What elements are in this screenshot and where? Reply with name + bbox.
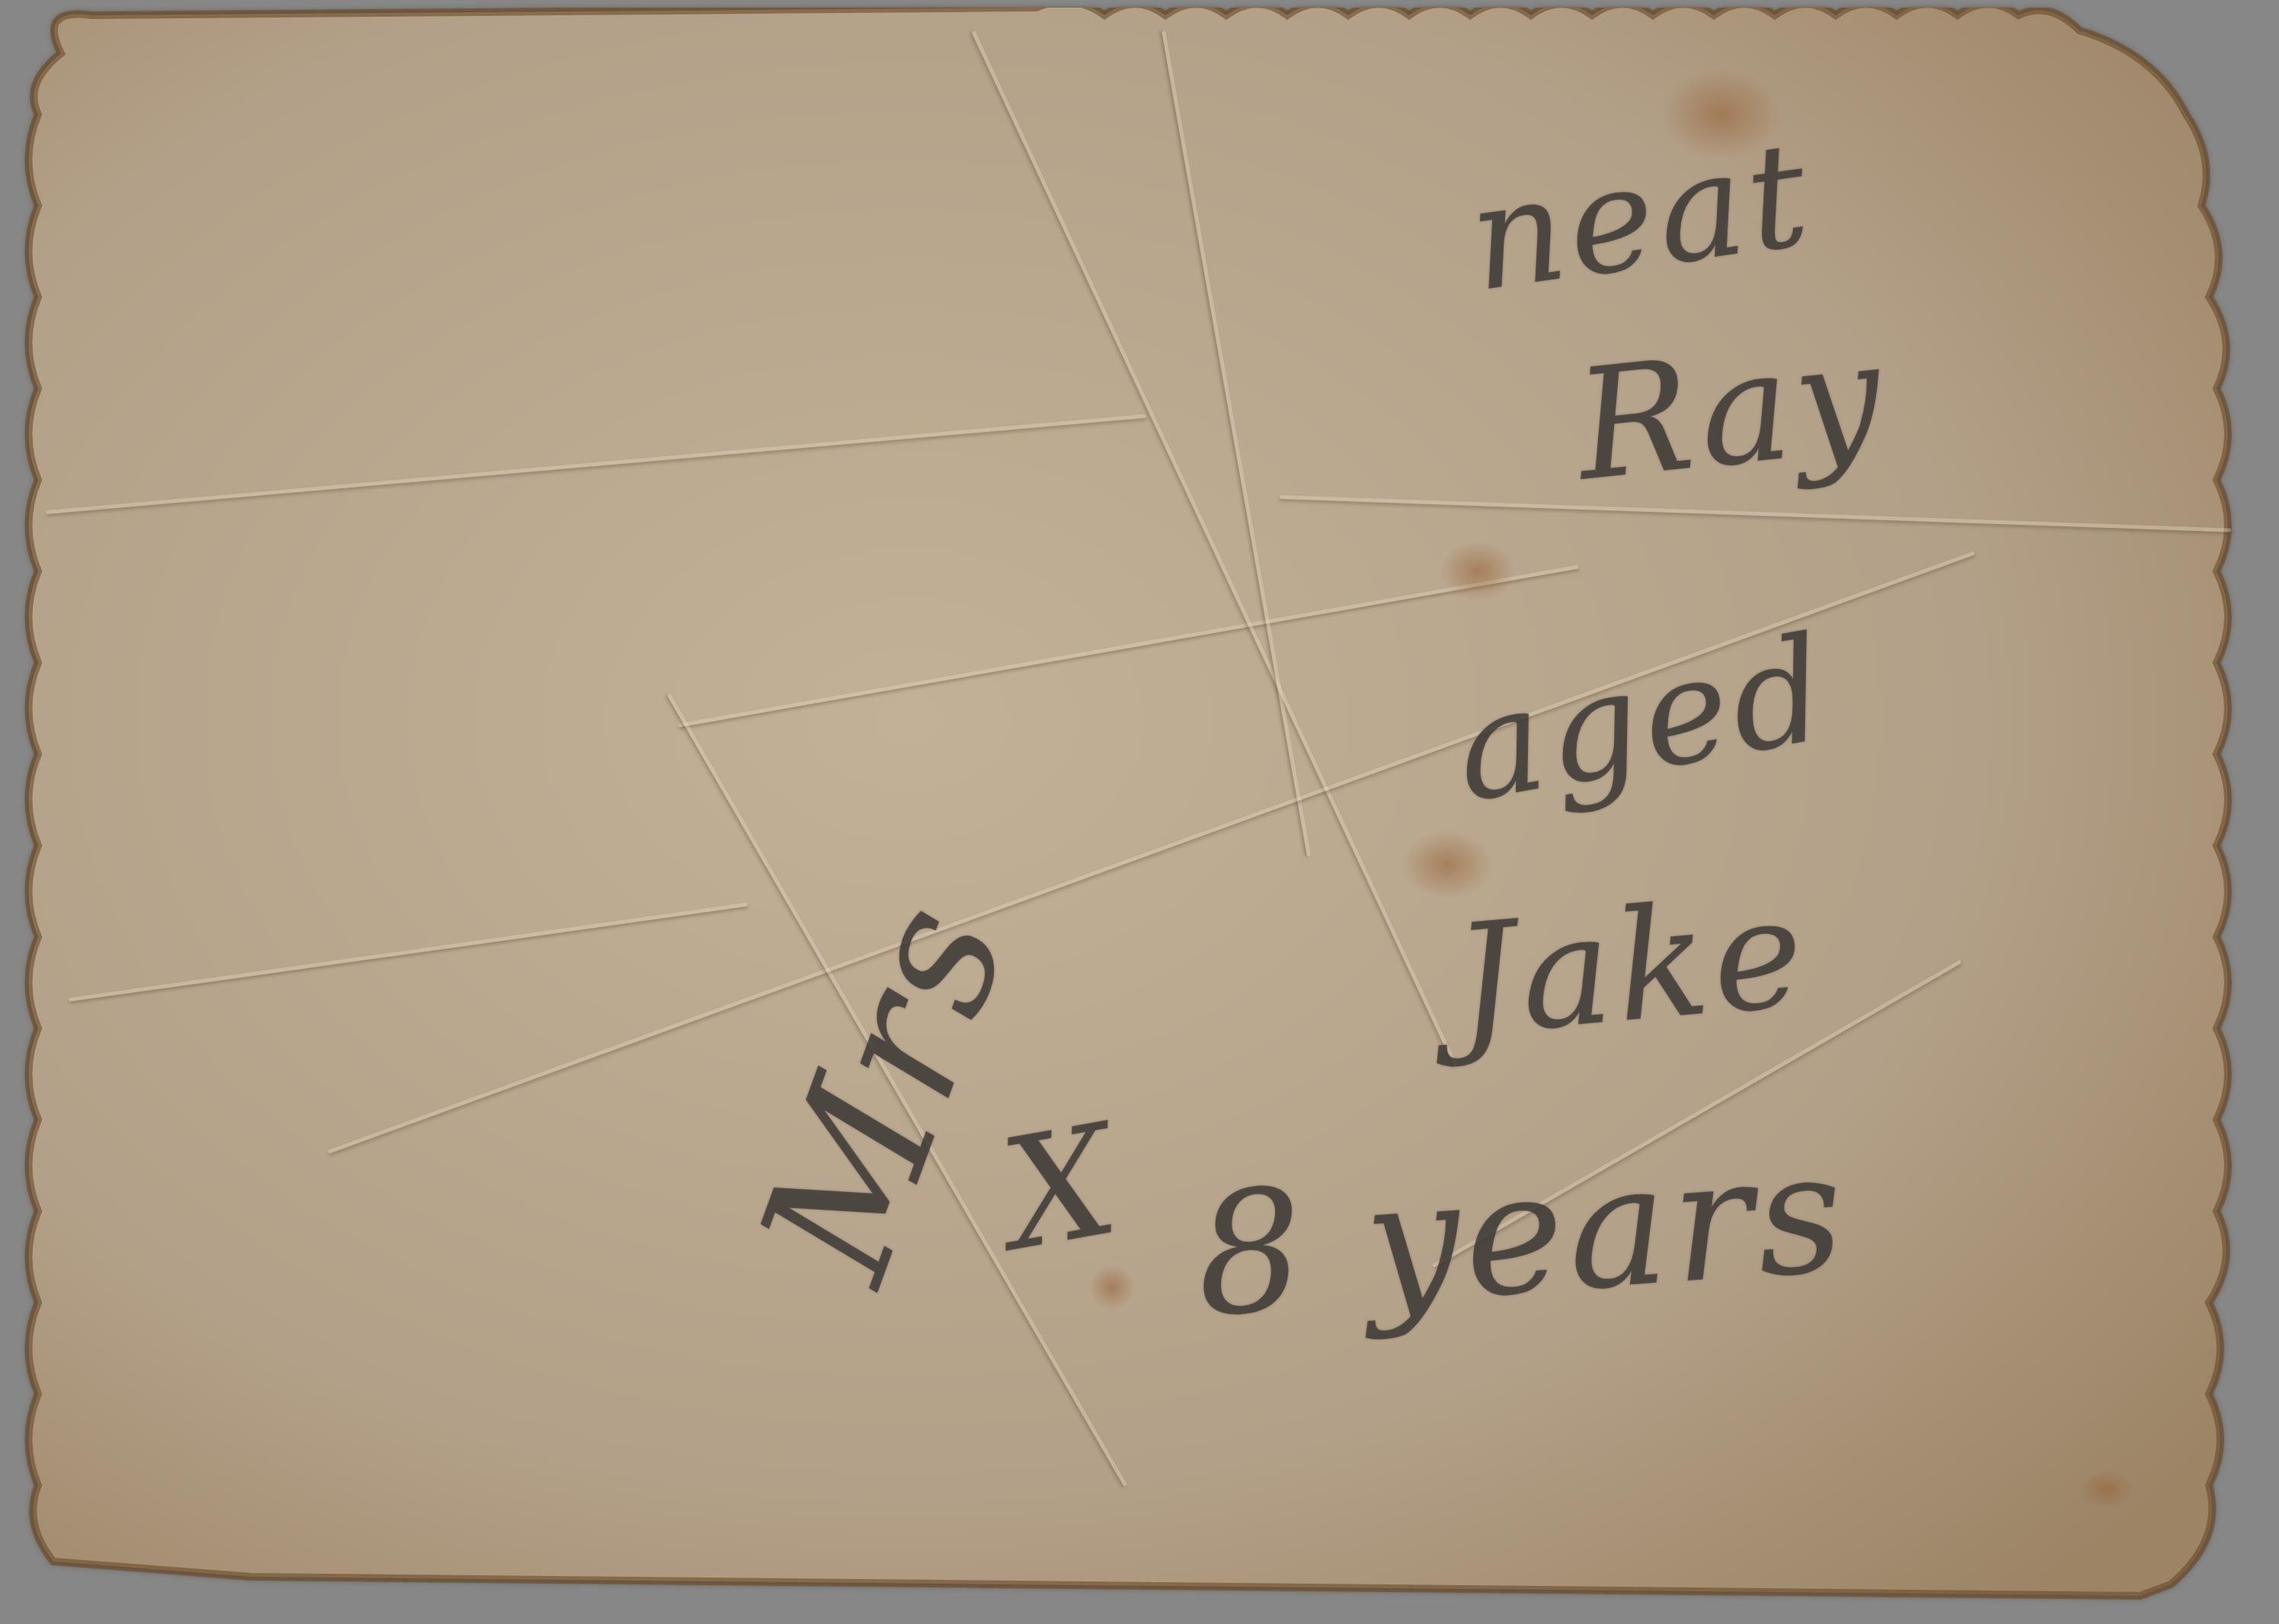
- handwriting-line-4: Jake: [1449, 876, 1814, 1059]
- rust-stain: [1402, 830, 1493, 899]
- rust-stain: [2079, 1470, 2133, 1508]
- handwriting-line-1: neat: [1462, 122, 1820, 313]
- paper-card: neat Ray aged Jake 8 years Mrs X: [23, 8, 2239, 1600]
- scan-background: neat Ray aged Jake 8 years Mrs X: [0, 0, 2279, 1624]
- handwriting-line-2: Ray: [1570, 319, 1893, 503]
- scalloped-paper-shape: [23, 8, 2239, 1600]
- rust-stain: [1440, 541, 1516, 602]
- handwriting-line-5: 8 years: [1191, 1127, 1852, 1340]
